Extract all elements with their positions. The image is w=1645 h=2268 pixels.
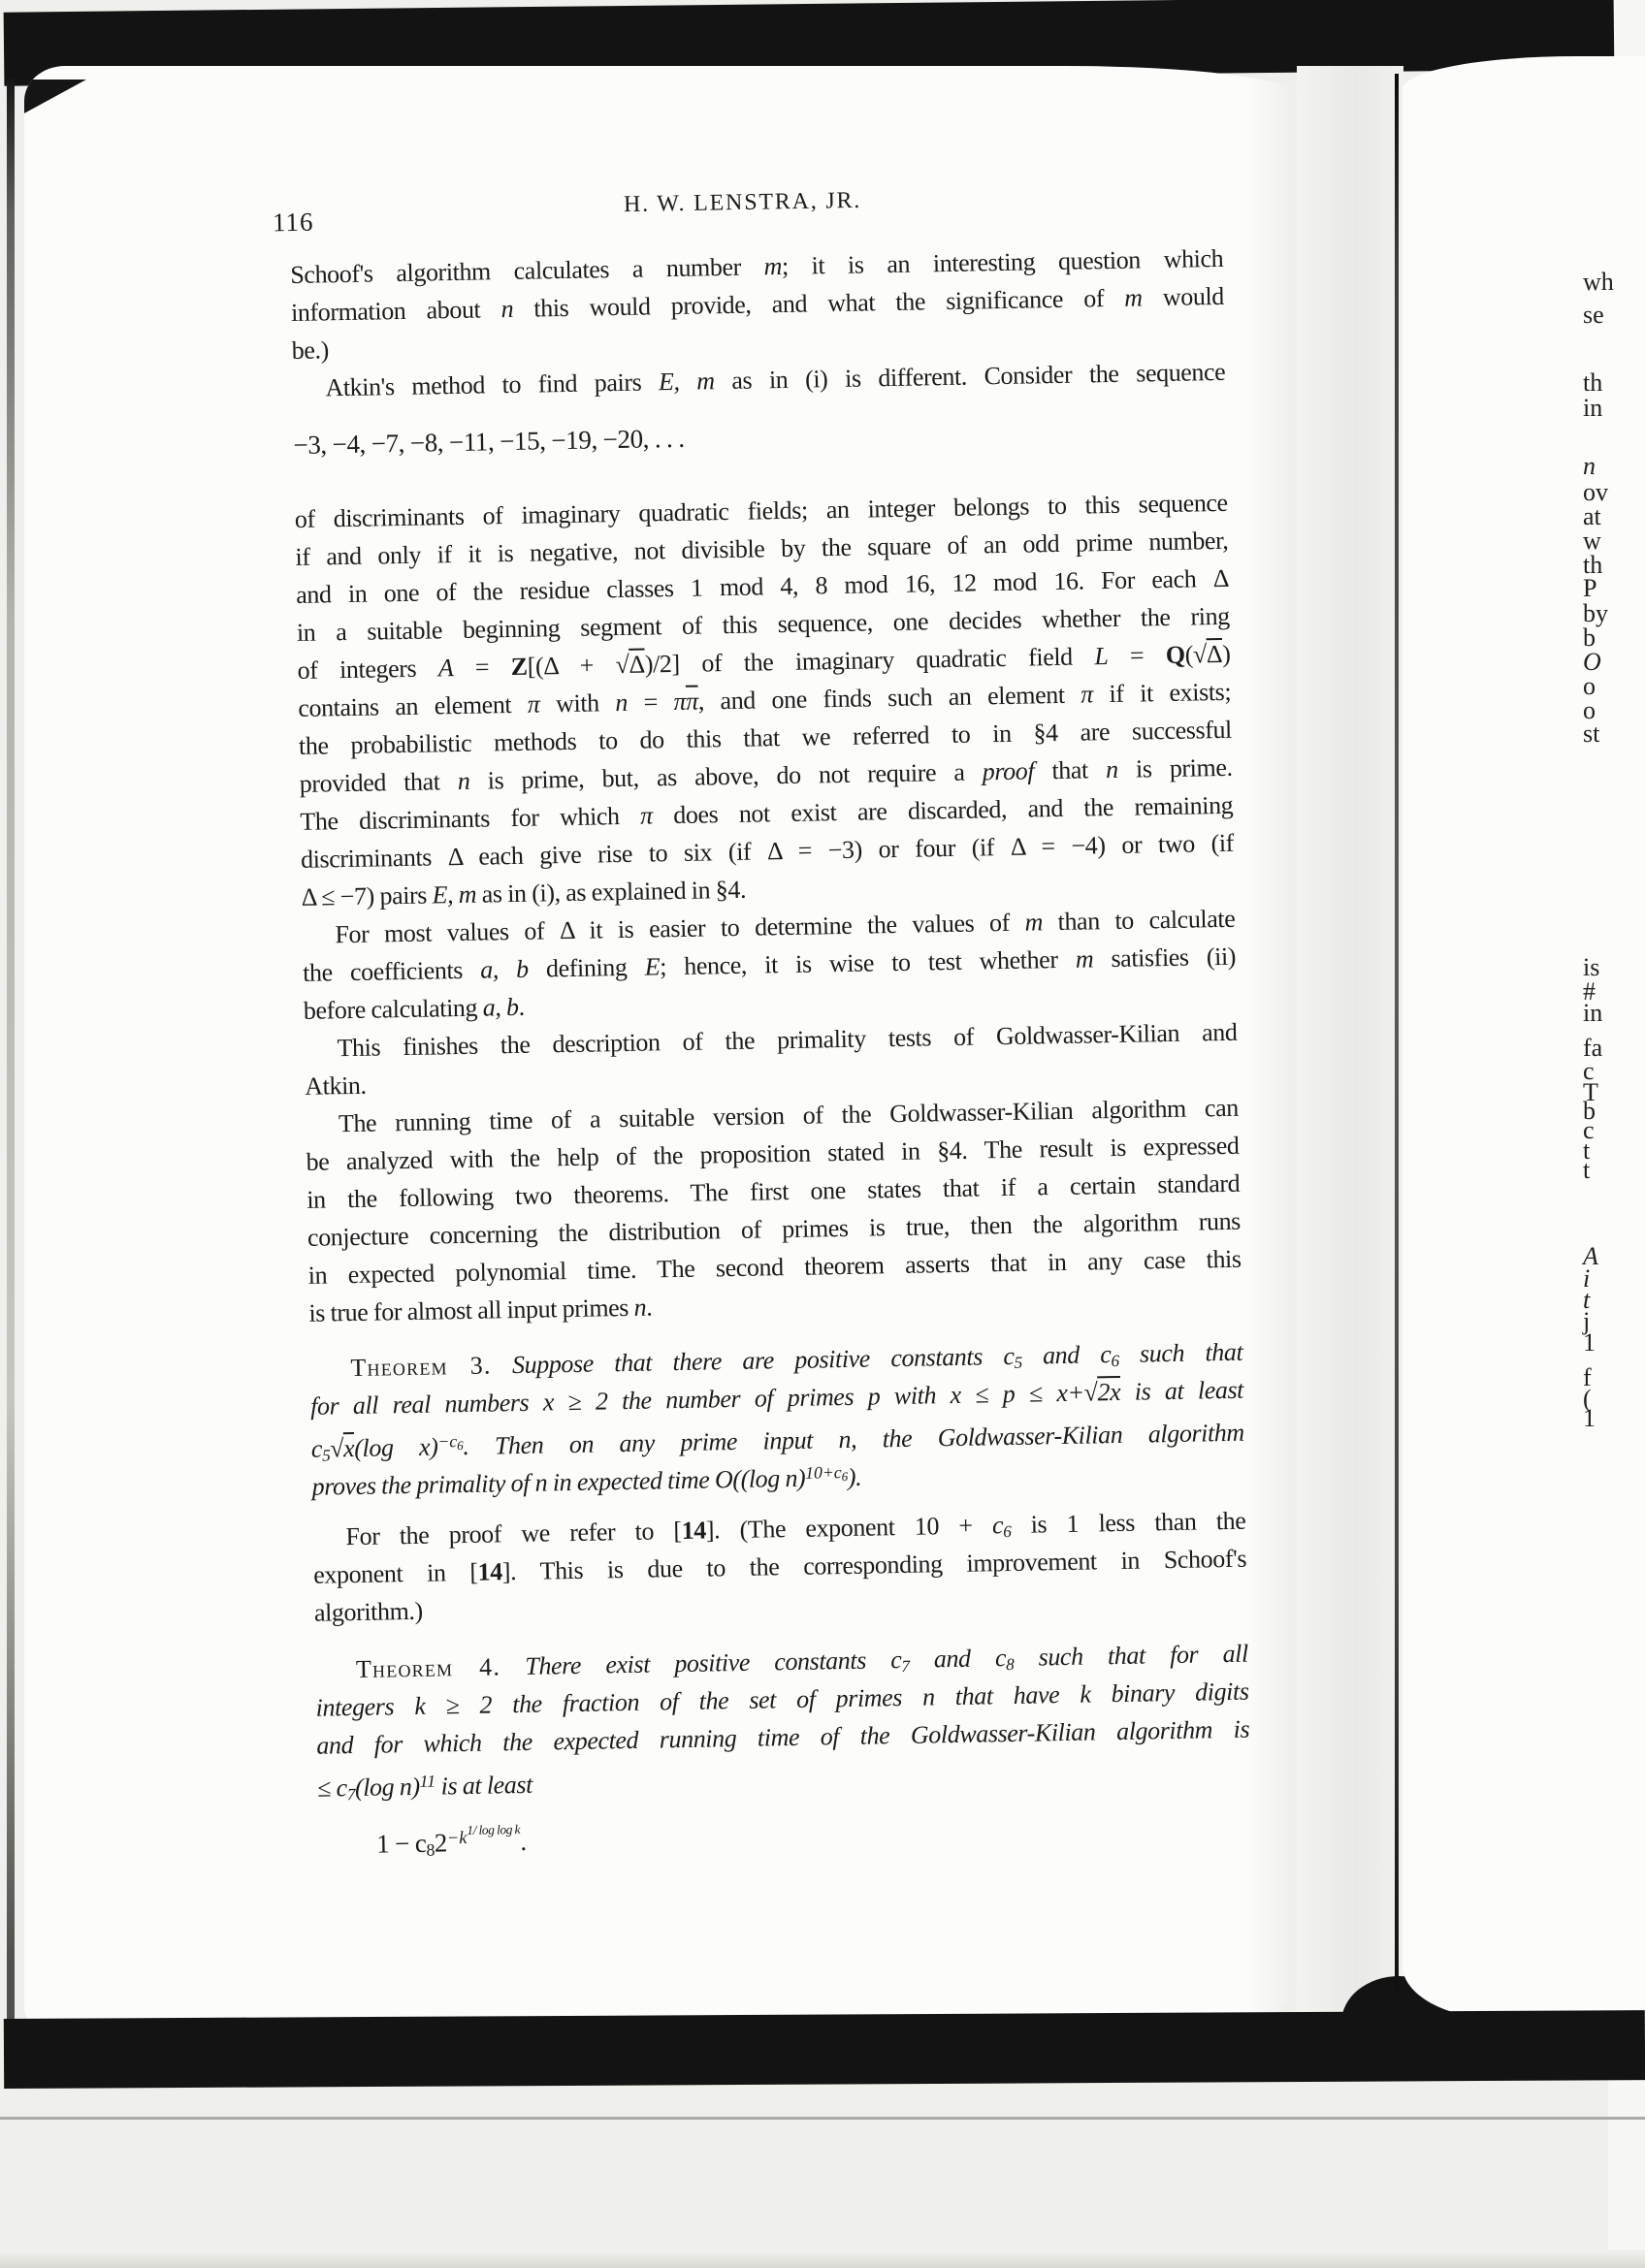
body-lines: Schoof's algorithm calculates a number m… — [290, 240, 1251, 1852]
page-gutter-line — [1395, 74, 1399, 1992]
edge-text-fragment: n — [1583, 454, 1596, 479]
running-head: H. W. LENSTRA, JR. — [624, 188, 862, 218]
edge-text-fragment: in — [1583, 396, 1602, 421]
edge-text-fragment: se — [1583, 303, 1604, 328]
page-number: 116 — [273, 208, 314, 239]
left-page: 116 H. W. LENSTRA, JR. Schoof's algorith… — [24, 66, 1297, 2025]
bottom-scan-fade — [0, 2250, 1645, 2268]
edge-text-fragment: P — [1583, 576, 1597, 601]
edge-text-fragment: 1 — [1583, 1406, 1596, 1431]
book-scan: 116 H. W. LENSTRA, JR. Schoof's algorith… — [0, 0, 1645, 2268]
display-equation-bound: 1 − c82−k1/ log log k. — [318, 1798, 1252, 1852]
scan-bottom-shadow — [4, 2010, 1645, 2089]
edge-text-fragment: th — [1583, 370, 1602, 396]
edge-text-fragment: wh — [1583, 270, 1614, 295]
right-page: whsethinnovatwthPbybOoostis#infacTbcttAi… — [1403, 56, 1645, 2019]
edge-text-fragment: st — [1583, 721, 1599, 747]
edge-text-fragment: 1 — [1583, 1330, 1596, 1356]
edge-text-fragment: t — [1583, 1158, 1590, 1183]
edge-text-fragment: in — [1583, 1001, 1602, 1026]
bottom-scan-rule — [0, 2117, 1645, 2120]
page-corner-fold — [24, 80, 86, 114]
gutter-shading — [1297, 66, 1403, 2025]
left-edge-shadow — [7, 78, 15, 2021]
